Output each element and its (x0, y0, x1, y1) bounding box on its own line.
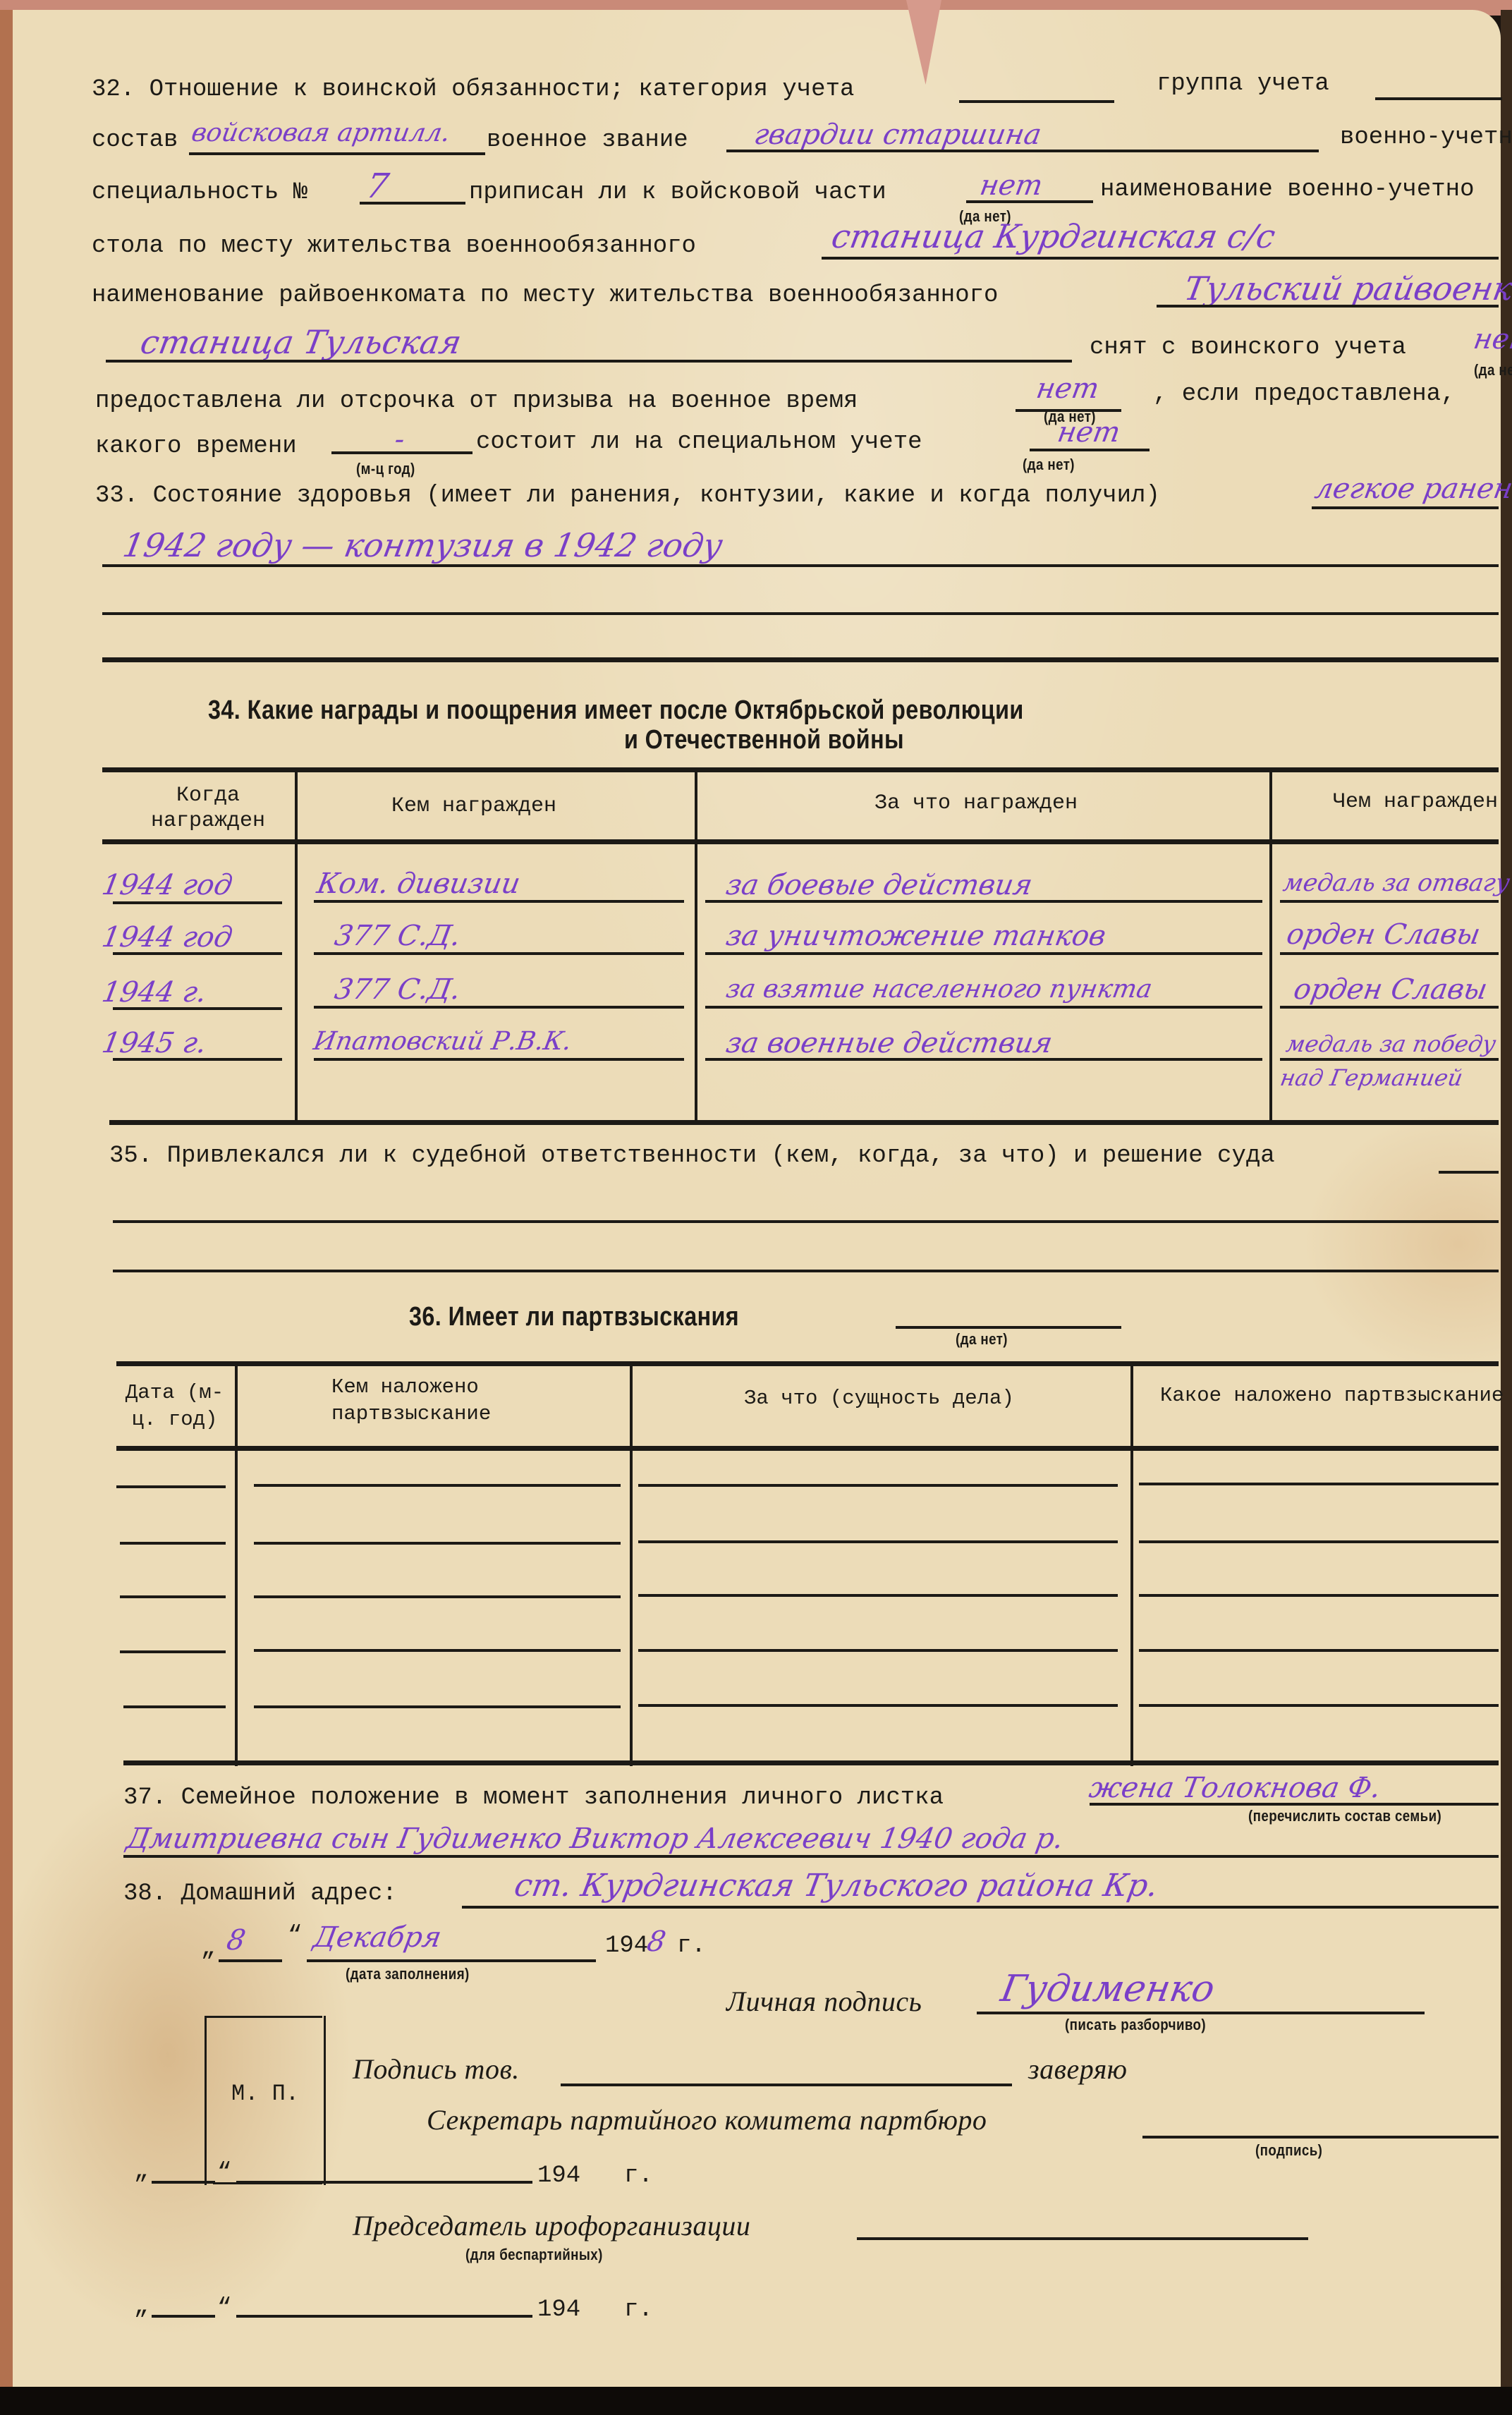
awards-header-bottom (102, 839, 1499, 844)
health-underline-4 (102, 657, 1499, 662)
period-hint: (м-ц год) (356, 460, 415, 478)
chairman-label: Председатель ирофорганизации (353, 2209, 750, 2242)
awards-title-1: 34. Какие награды и поощрения имеет посл… (208, 695, 1024, 726)
specialty-underline (360, 202, 465, 205)
health-underline-2 (102, 564, 1499, 567)
residence-office-label: стола по месту жительства военнообязанно… (92, 233, 696, 260)
quote-open-3: „ (134, 2294, 148, 2320)
voenkomat-value[interactable]: Тульский райвоенкомат (1181, 269, 1512, 308)
date1-year: 194 (537, 2162, 580, 2189)
awards-table-top (102, 767, 1499, 772)
deferral-value[interactable]: нет (1034, 372, 1102, 405)
award-what[interactable]: орден Славы (1291, 973, 1490, 1006)
health-underline-1 (1312, 506, 1499, 509)
date2-year: 194 (537, 2297, 580, 2323)
family-underline-2 (123, 1855, 1499, 1858)
awards-col-what: Чем награжден (1333, 790, 1498, 814)
award-for[interactable]: за военные действия (724, 1027, 1055, 1059)
sec32-label: 32. Отношение к воинской обязанности; ка… (92, 76, 854, 103)
row-underline (1280, 900, 1499, 903)
row-underline (1280, 952, 1499, 955)
station-underline (106, 360, 1072, 363)
row-underline (113, 1007, 282, 1010)
awards-col-when: Когда награжден (123, 783, 293, 834)
special-reg-label: состоит ли на специальном учете (476, 429, 922, 456)
award-when[interactable]: 1944 год (99, 921, 235, 954)
residence-office-underline (822, 257, 1499, 260)
awards-title-2: и Отечественной войны (624, 725, 904, 755)
awards-col-divider-3 (1269, 770, 1272, 1123)
removed-label: снят с воинского учета (1090, 334, 1406, 361)
award-what[interactable]: медаль за победу над Германией (1278, 1027, 1501, 1095)
date1-day-field[interactable] (152, 2181, 215, 2184)
station-value[interactable]: станица Тульская (138, 323, 464, 361)
health-label: 33. Состояние здоровья (имеет ли ранения… (95, 482, 1160, 509)
penalty-col-date: Дата (м-ц. год) (116, 1380, 233, 1433)
row-underline (314, 952, 684, 955)
award-when[interactable]: 1944 год (99, 869, 235, 901)
health-underline-3 (102, 612, 1499, 615)
family-label: 37. Семейное положение в момент заполнен… (123, 1784, 944, 1811)
chairman-hint: (для беспартийных) (465, 2246, 603, 2264)
removed-value[interactable]: нет (1471, 323, 1512, 355)
special-reg-underline (1030, 449, 1150, 451)
party-penalty-field[interactable] (896, 1326, 1121, 1329)
attached-label: приписан ли к войсковой части (469, 179, 886, 206)
sostav-value[interactable]: войсковая артилл. (189, 118, 452, 147)
quote-close-3: “ (217, 2295, 231, 2322)
row-underline (314, 900, 684, 903)
party-penalty-hint: (да нет) (956, 1330, 1008, 1349)
signature-hint: (писать разборчиво) (1065, 2016, 1206, 2034)
awards-table-bottom (109, 1120, 1499, 1125)
award-for[interactable]: за уничтожение танков (724, 920, 1109, 952)
family-value-1[interactable]: жена Толокнова Ф. (1087, 1772, 1384, 1804)
penalty-col-what: Какое наложено партвзыскание (1160, 1384, 1504, 1407)
award-by[interactable]: 377 С.Д. (332, 973, 463, 1006)
month-underline (307, 1959, 596, 1962)
health-value-2[interactable]: 1942 году — контузия в 1942 году (120, 526, 726, 564)
period-label: какого времени (95, 433, 297, 460)
signature-underline (977, 2012, 1425, 2014)
family-underline-1 (1090, 1803, 1499, 1806)
quote-open-2: „ (134, 2158, 148, 2185)
date1-month-field[interactable] (236, 2181, 532, 2184)
voenkomat-underline (1157, 305, 1499, 308)
penalty-table-top (116, 1361, 1499, 1366)
award-what[interactable]: орден Славы (1284, 918, 1483, 951)
awards-col-divider-2 (695, 770, 697, 1123)
page-bottom-edge (0, 2387, 1512, 2415)
row-underline (1280, 1058, 1499, 1061)
signature-label: Личная подпись (726, 1985, 922, 2018)
court-line-2[interactable] (113, 1220, 1499, 1223)
row-underline (705, 1058, 1262, 1061)
deferral-suffix: , если предоставлена, (1153, 381, 1455, 408)
penalty-table-bottom (123, 1760, 1499, 1765)
row-underline (314, 1006, 684, 1009)
fill-year-unit: г. (677, 1933, 706, 1959)
attached-underline (966, 200, 1093, 203)
award-when[interactable]: 1944 г. (99, 976, 209, 1009)
quote-close-2: “ (217, 2160, 231, 2186)
comrade-signature-field[interactable] (561, 2084, 1012, 2086)
penalty-col-by: Кем наложено партвзыскание (331, 1374, 543, 1428)
certify-label: заверяю (1028, 2052, 1128, 2086)
award-by[interactable]: Ипатовский Р.В.К. (311, 1027, 573, 1056)
row-underline (113, 901, 282, 904)
award-by[interactable]: 377 С.Д. (332, 920, 463, 952)
special-reg-hint: (да нет) (1023, 456, 1075, 474)
quote-open: „ (201, 1935, 215, 1962)
date1-unit: г. (624, 2162, 653, 2189)
address-label: 38. Домашний адрес: (123, 1880, 397, 1907)
rank-underline (726, 150, 1319, 152)
period-underline (331, 451, 472, 454)
group-label: группа учета (1157, 71, 1329, 97)
address-underline (462, 1906, 1499, 1909)
award-for[interactable]: за боевые действия (724, 869, 1035, 901)
rank-label: военное звание (487, 127, 688, 154)
award-by[interactable]: Ком. дивизии (315, 868, 523, 900)
family-value-2[interactable]: Дмитриевна сын Гудименко Виктор Алексеев… (124, 1823, 1066, 1855)
fill-date-hint: (дата заполнения) (346, 1965, 470, 1983)
residence-office-value[interactable]: станица Курдгинская с/с (829, 217, 1278, 255)
family-hint: (перечислить состав семьи) (1248, 1807, 1441, 1825)
penalty-header-bottom (116, 1446, 1499, 1451)
penalty-col-divider-1 (235, 1364, 238, 1766)
court-field[interactable] (1439, 1171, 1499, 1174)
signature-value[interactable]: Гудименко (998, 1968, 1218, 2010)
court-line-3[interactable] (113, 1270, 1499, 1272)
special-reg-value[interactable]: нет (1055, 416, 1123, 449)
award-what[interactable]: медаль за отвагу (1281, 869, 1511, 897)
sostav-underline (189, 152, 485, 155)
date2-day-field[interactable] (152, 2315, 215, 2318)
court-label: 35. Привлекался ли к судебной ответствен… (109, 1143, 1275, 1169)
secretary-hint: (подпись) (1255, 2141, 1322, 2160)
awards-col-divider-1 (295, 770, 298, 1123)
sostav-label: состав (92, 127, 178, 154)
removed-hint: (да нет) (1474, 361, 1512, 379)
stamp-label: М. П. (231, 2081, 299, 2107)
specialty-label: специальность № (92, 179, 307, 206)
penalty-col-for: За что (сущность дела) (744, 1387, 1014, 1410)
row-underline (705, 952, 1262, 955)
row-underline (113, 952, 282, 955)
row-underline (705, 1006, 1262, 1009)
chairman-field[interactable] (857, 2237, 1308, 2240)
group-field[interactable] (1375, 97, 1502, 100)
military-reg-label: военно-учетн (1340, 124, 1512, 151)
award-when[interactable]: 1945 г. (99, 1027, 209, 1059)
secretary-field[interactable] (1142, 2136, 1499, 2139)
row-underline (314, 1058, 684, 1061)
voenkomat-label: наименование райвоенкомата по месту жите… (92, 282, 998, 309)
quote-close: “ (288, 1923, 302, 1949)
day-underline (219, 1959, 282, 1962)
deferral-label: предоставлена ли отсрочка от призыва на … (95, 388, 858, 415)
office-name-label: наименование военно-учетно (1100, 176, 1475, 203)
attached-value[interactable]: нет (977, 169, 1045, 202)
category-field[interactable] (959, 100, 1114, 103)
rank-value[interactable]: гвардии старшина (752, 118, 1044, 151)
date2-unit: г. (624, 2297, 653, 2323)
secretary-label: Секретарь партийного комитета партбюро (427, 2103, 987, 2136)
comrade-signature-label: Подпись тов. (353, 2052, 520, 2086)
row-underline (705, 900, 1262, 903)
health-value-1[interactable]: легкое ранение в (1312, 473, 1512, 505)
fill-year-prefix: 194 (605, 1933, 648, 1959)
date2-month-field[interactable] (236, 2315, 532, 2318)
fill-month[interactable]: Декабря (311, 1921, 444, 1954)
row-underline (1280, 1006, 1499, 1009)
page-left-edge (0, 10, 13, 2387)
row-underline (113, 1058, 282, 1061)
awards-col-by: Кем награжден (391, 794, 556, 818)
penalty-col-divider-3 (1130, 1364, 1133, 1766)
awards-col-for: За что награжден (874, 791, 1078, 815)
penalty-col-divider-2 (630, 1364, 633, 1766)
award-for[interactable]: за взятие населенного пункта (724, 975, 1154, 1004)
party-penalty-title: 36. Имеет ли партвзыскания (409, 1302, 739, 1332)
address-value[interactable]: ст. Курдгинская Тульского района Кр. (512, 1868, 1161, 1904)
